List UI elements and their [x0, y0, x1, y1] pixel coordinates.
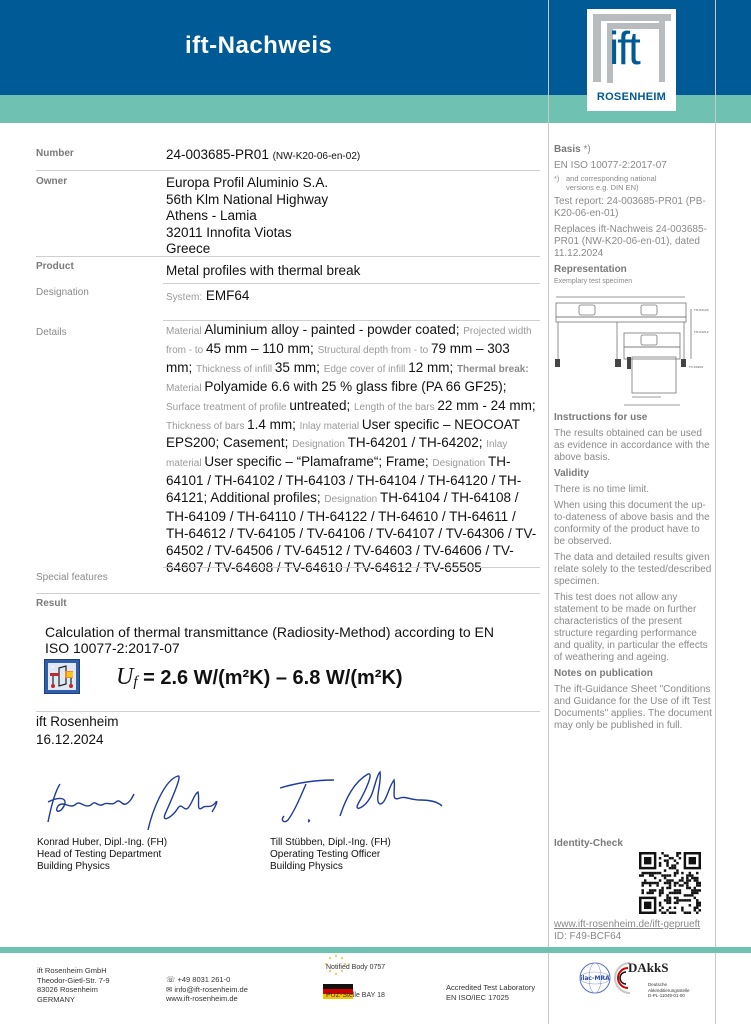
identity-check-link[interactable]: www.ift-rosenheim.de/ift-geprueft: [554, 919, 700, 930]
thermal-transmittance-icon: *: [44, 659, 80, 694]
test-report: Test report: 24-003685-PR01 (PB-K20-06-e…: [554, 196, 712, 220]
signature-stuebben: [270, 768, 450, 832]
divider: [163, 567, 540, 568]
column-divider: [548, 0, 549, 1024]
dakks-logo: DAkkS: [628, 963, 668, 973]
designation-value: System: EMF64: [166, 288, 249, 307]
phone-icon: ☏: [166, 975, 175, 984]
svg-text:ilac-MRA: ilac-MRA: [580, 975, 610, 982]
product-label: Product: [36, 261, 74, 272]
signature-huber: [40, 772, 230, 832]
owner-label: Owner: [36, 176, 67, 187]
qr-code[interactable]: [639, 852, 701, 914]
divider: [36, 711, 540, 712]
result-description: Calculation of thermal transmittance (Ra…: [45, 624, 515, 656]
product-value: Metal profiles with thermal break: [166, 263, 360, 280]
footer-contact: ☏ +49 8031 261-0 ✉ info@ift-rosenheim.de…: [166, 975, 248, 1004]
footer-website[interactable]: www.ift-rosenheim.de: [166, 994, 248, 1004]
certificate-code: (NW-K20-06-en-02): [273, 151, 361, 162]
svg-text:TV-00202: TV-00202: [688, 365, 703, 369]
footer-band: [0, 947, 751, 953]
divider: [36, 593, 540, 594]
owner-address: Europa Profil Aluminio S.A. 56th Klm Nat…: [166, 175, 328, 258]
divider: [36, 256, 540, 257]
specimen-drawing: TH-64120 TH-64212 TV-00202: [553, 293, 711, 410]
svg-text:TH-64212: TH-64212: [693, 330, 709, 334]
ilac-mra-logo: ilac-MRA: [578, 961, 612, 995]
details-label: Details: [36, 327, 67, 338]
accreditation: Accredited Test Laboratory EN ISO/IEC 17…: [446, 983, 535, 1002]
logo-text: ift: [609, 21, 639, 75]
issue-date: 16.12.2024: [36, 731, 119, 749]
logo-subtext: ROSENHEIM: [587, 91, 676, 103]
identity-id: ID: F49-BCF64: [554, 931, 621, 942]
column-divider: [715, 0, 716, 1024]
divider: [163, 320, 540, 321]
details-text: Material Aluminium alloy - painted - pow…: [166, 322, 538, 577]
svg-text:*: *: [51, 664, 55, 672]
document-title: ift-Nachweis: [185, 32, 332, 60]
footer-address: ift Rosenheim GmbH Theodor-Gietl-Str. 7-…: [37, 966, 110, 1004]
replaces-note: Replaces ift-Nachweis 24-003685-PR01 (NW…: [554, 224, 712, 260]
sidebar-basis: Basis *) EN ISO 10077-2:2017-07 *) and c…: [554, 144, 712, 288]
signatory-2: Till Stübben, Dipl.-Ing. (FH) Operating …: [270, 837, 391, 873]
puz-stelle: PÜZ-Stelle BAY 18: [326, 991, 385, 1001]
certificate-number: 24-003685-PR01: [166, 147, 269, 162]
number-label: Number: [36, 148, 74, 159]
mail-icon: ✉: [166, 985, 172, 994]
identity-check-heading: Identity-Check: [554, 838, 712, 850]
divider: [36, 170, 540, 171]
signatory-1: Konrad Huber, Dipl.-Ing. (FH) Head of Te…: [37, 837, 167, 873]
dakks-subtext: Deutsche Akkreditierungsstelle D-PL-1104…: [648, 982, 690, 999]
number-value: 24-003685-PR01 (NW-K20-06-en-02): [166, 147, 360, 166]
result-label: Result: [36, 598, 67, 609]
footer-email[interactable]: info@ift-rosenheim.de: [174, 985, 247, 994]
issue-place: ift Rosenheim: [36, 713, 119, 731]
ift-logo: ift ROSENHEIM: [587, 9, 676, 111]
issue-place-date: ift Rosenheim 16.12.2024: [36, 713, 119, 749]
sidebar-instructions: Instructions for use The results obtaine…: [554, 412, 712, 732]
special-features-label: Special features: [36, 572, 108, 583]
divider: [163, 283, 540, 284]
result-value: Uf = 2.6 W/(m²K) – 6.8 W/(m²K): [116, 664, 403, 691]
designation-label: Designation: [36, 287, 89, 298]
svg-text:TH-64120: TH-64120: [693, 308, 709, 312]
notified-body: Notified Body 0757: [326, 963, 385, 973]
